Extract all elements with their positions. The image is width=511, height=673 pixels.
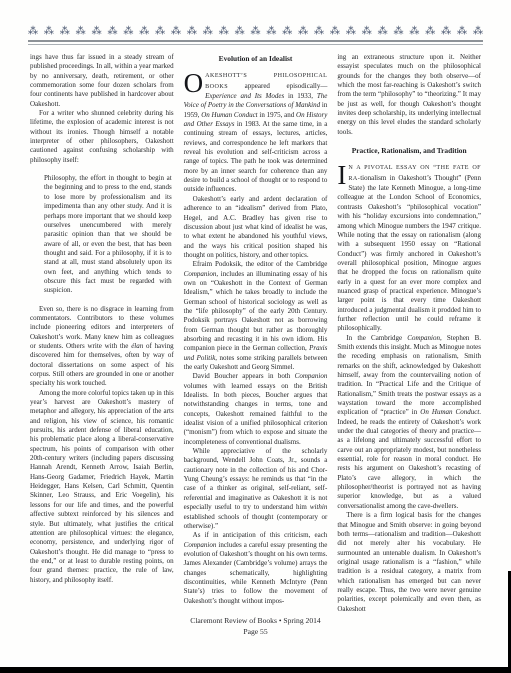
printer-ornament-icon: ⁂ — [457, 26, 467, 37]
paragraph: ings have thus far issued in a steady st… — [30, 53, 174, 109]
printer-ornament-icon: ⁂ — [393, 26, 403, 37]
paragraph: For a writer who shunned celebrity durin… — [30, 109, 174, 165]
printer-ornament-icon: ⁂ — [330, 26, 340, 37]
paragraph: Efraim Podoksik, the editor of the Cambr… — [184, 260, 328, 372]
journal-issue-line: Claremont Review of Books • Spring 2014 — [0, 616, 511, 627]
paragraph: Oakeshott’s early and ardent declaration… — [184, 195, 328, 260]
printer-ornament-icon: ⁂ — [92, 26, 102, 37]
printer-ornament-icon: ⁂ — [362, 26, 372, 37]
dropcap-paragraph: IN A PIVOTAL ESSAY ON “THE FATE OF RA-ti… — [337, 163, 481, 333]
printer-ornament-icon: ⁂ — [409, 26, 419, 37]
section-heading: Evolution of an Idealist — [184, 54, 328, 63]
column-3: ing an extraneous structure upon it. Nei… — [337, 53, 481, 614]
article-columns: ings have thus far issued in a steady st… — [30, 53, 481, 614]
ornament-border: ⁂⁂⁂⁂⁂⁂⁂⁂⁂⁂⁂⁂⁂⁂⁂⁂⁂⁂⁂⁂⁂⁂⁂⁂⁂⁂⁂⁂⁂ — [28, 26, 483, 37]
small-caps-lead: N A PIVOTAL ESSAY ON “THE FATE OF RA- — [348, 165, 481, 181]
page-footer: Claremont Review of Books • Spring 2014 … — [0, 616, 511, 637]
double-rule — [28, 40, 483, 45]
printer-ornament-icon: ⁂ — [298, 26, 308, 37]
dropcap-paragraph: OAKESHOTT’S PHILOSOPHICAL BOOKS appeared… — [184, 71, 328, 194]
printer-ornament-icon: ⁂ — [171, 26, 181, 37]
printer-ornament-icon: ⁂ — [282, 26, 292, 37]
drop-cap: I — [337, 163, 348, 186]
printer-ornament-icon: ⁂ — [44, 26, 54, 37]
printer-ornament-icon: ⁂ — [123, 26, 133, 37]
printer-ornament-icon: ⁂ — [346, 26, 356, 37]
paragraph: While appreciative of the scholarly back… — [184, 447, 328, 531]
printer-ornament-icon: ⁂ — [219, 26, 229, 37]
small-caps-lead: AKESHOTT’S PHILOSOPHICAL BOOKS — [205, 73, 327, 89]
section-heading: Practice, Rationalism, and Tradition — [337, 146, 481, 155]
printer-ornament-icon: ⁂ — [76, 26, 86, 37]
printer-ornament-icon: ⁂ — [441, 26, 451, 37]
paragraph: Among the more colorful topics taken up … — [30, 389, 174, 585]
paragraph: In the Cambridge Companion, Stephen B. S… — [337, 334, 481, 512]
printer-ornament-icon: ⁂ — [28, 26, 38, 37]
printer-ornament-icon: ⁂ — [473, 26, 483, 37]
printer-ornament-icon: ⁂ — [187, 26, 197, 37]
printer-ornament-icon: ⁂ — [155, 26, 165, 37]
printer-ornament-icon: ⁂ — [139, 26, 149, 37]
printer-ornament-icon: ⁂ — [378, 26, 388, 37]
printer-ornament-icon: ⁂ — [60, 26, 70, 37]
printer-ornament-icon: ⁂ — [203, 26, 213, 37]
scan-edge-bar — [0, 667, 511, 673]
paragraph: As if in anticipation of this criticism,… — [184, 531, 328, 606]
printer-ornament-icon: ⁂ — [266, 26, 276, 37]
printer-ornament-icon: ⁂ — [107, 26, 117, 37]
magazine-page: ⁂⁂⁂⁂⁂⁂⁂⁂⁂⁂⁂⁂⁂⁂⁂⁂⁂⁂⁂⁂⁂⁂⁂⁂⁂⁂⁂⁂⁂ ings have … — [0, 0, 511, 673]
drop-cap: O — [184, 71, 206, 94]
printer-ornament-icon: ⁂ — [250, 26, 260, 37]
paragraph: ing an extraneous structure upon it. Nei… — [337, 53, 481, 137]
printer-ornament-icon: ⁂ — [425, 26, 435, 37]
paragraph: Even so, there is no disgrace in learnin… — [30, 305, 174, 389]
printer-ornament-icon: ⁂ — [314, 26, 324, 37]
page-number: Page 55 — [0, 627, 511, 638]
block-quote: Philosophy, the effort in thought to beg… — [44, 174, 172, 295]
column-1: ings have thus far issued in a steady st… — [30, 53, 174, 614]
paragraph: David Boucher appears in both Companion … — [184, 372, 328, 447]
paragraph: There is a firm logical basis for the ch… — [337, 511, 481, 614]
column-2: Evolution of an IdealistOAKESHOTT’S PHIL… — [184, 53, 328, 614]
printer-ornament-icon: ⁂ — [235, 26, 245, 37]
